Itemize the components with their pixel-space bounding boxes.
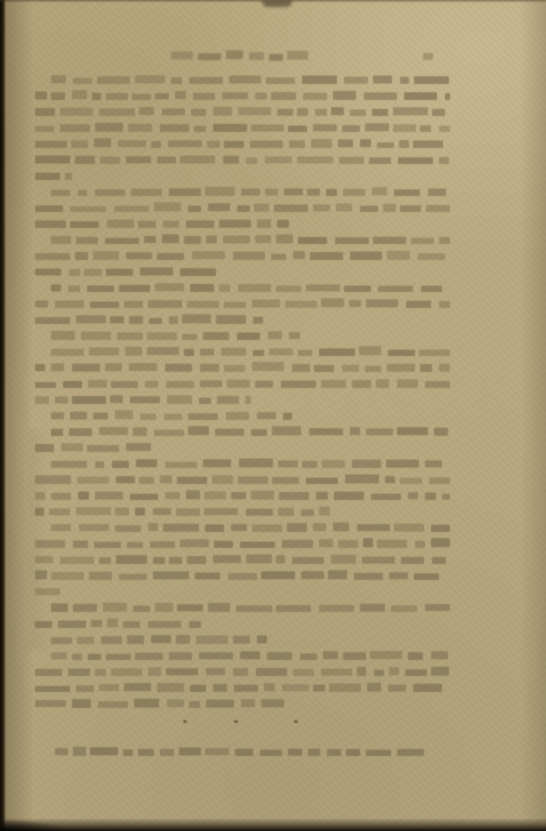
text-line bbox=[35, 506, 334, 516]
separator-dot bbox=[294, 720, 298, 723]
text-line bbox=[51, 74, 450, 84]
gutter-shadow bbox=[4, 0, 34, 831]
text-line bbox=[35, 250, 450, 260]
text-line bbox=[35, 138, 450, 148]
text-line bbox=[51, 346, 450, 356]
text-line bbox=[35, 570, 450, 580]
page-number-smudge bbox=[423, 52, 439, 59]
text-line bbox=[35, 666, 450, 676]
ink-blotch bbox=[262, 0, 292, 7]
book-page-scan bbox=[0, 0, 546, 831]
footer-gap bbox=[35, 724, 450, 746]
text-line bbox=[35, 154, 450, 164]
text-line bbox=[35, 106, 450, 116]
text-line bbox=[51, 602, 450, 612]
text-line bbox=[35, 362, 450, 372]
text-line bbox=[35, 442, 151, 452]
text-line bbox=[35, 378, 450, 388]
text-line bbox=[35, 394, 251, 404]
footer-text-line bbox=[55, 746, 425, 756]
text-line bbox=[35, 218, 292, 228]
text-line bbox=[35, 170, 72, 180]
text-line bbox=[51, 186, 450, 196]
text-line bbox=[51, 330, 301, 340]
text-line bbox=[35, 554, 450, 564]
text-column bbox=[35, 50, 450, 762]
text-line bbox=[51, 522, 450, 532]
text-line bbox=[51, 634, 267, 644]
text-line bbox=[51, 458, 450, 468]
text-line bbox=[51, 234, 450, 244]
text-line bbox=[51, 282, 450, 292]
text-line bbox=[35, 538, 450, 548]
text-line bbox=[51, 410, 292, 420]
text-line bbox=[35, 90, 450, 100]
bottom-left-corner-shadow bbox=[0, 815, 90, 831]
text-line bbox=[35, 314, 263, 324]
running-header-row bbox=[35, 50, 450, 62]
text-line bbox=[51, 650, 450, 660]
text-line bbox=[35, 586, 68, 596]
text-line bbox=[35, 202, 450, 212]
page-left-edge bbox=[0, 0, 6, 831]
body-text-block bbox=[35, 74, 450, 708]
text-line bbox=[35, 474, 450, 484]
text-line bbox=[35, 122, 450, 132]
text-line bbox=[35, 618, 209, 628]
separator-dot bbox=[234, 720, 238, 723]
text-line bbox=[35, 698, 284, 708]
text-line bbox=[35, 490, 450, 500]
text-line bbox=[35, 266, 222, 276]
text-line bbox=[51, 426, 450, 436]
running-header-title-smudge bbox=[171, 51, 314, 60]
text-line bbox=[35, 298, 450, 308]
section-separator bbox=[35, 718, 450, 724]
separator-dot bbox=[183, 720, 187, 723]
text-line bbox=[35, 682, 450, 692]
page-right-shade bbox=[520, 0, 546, 831]
